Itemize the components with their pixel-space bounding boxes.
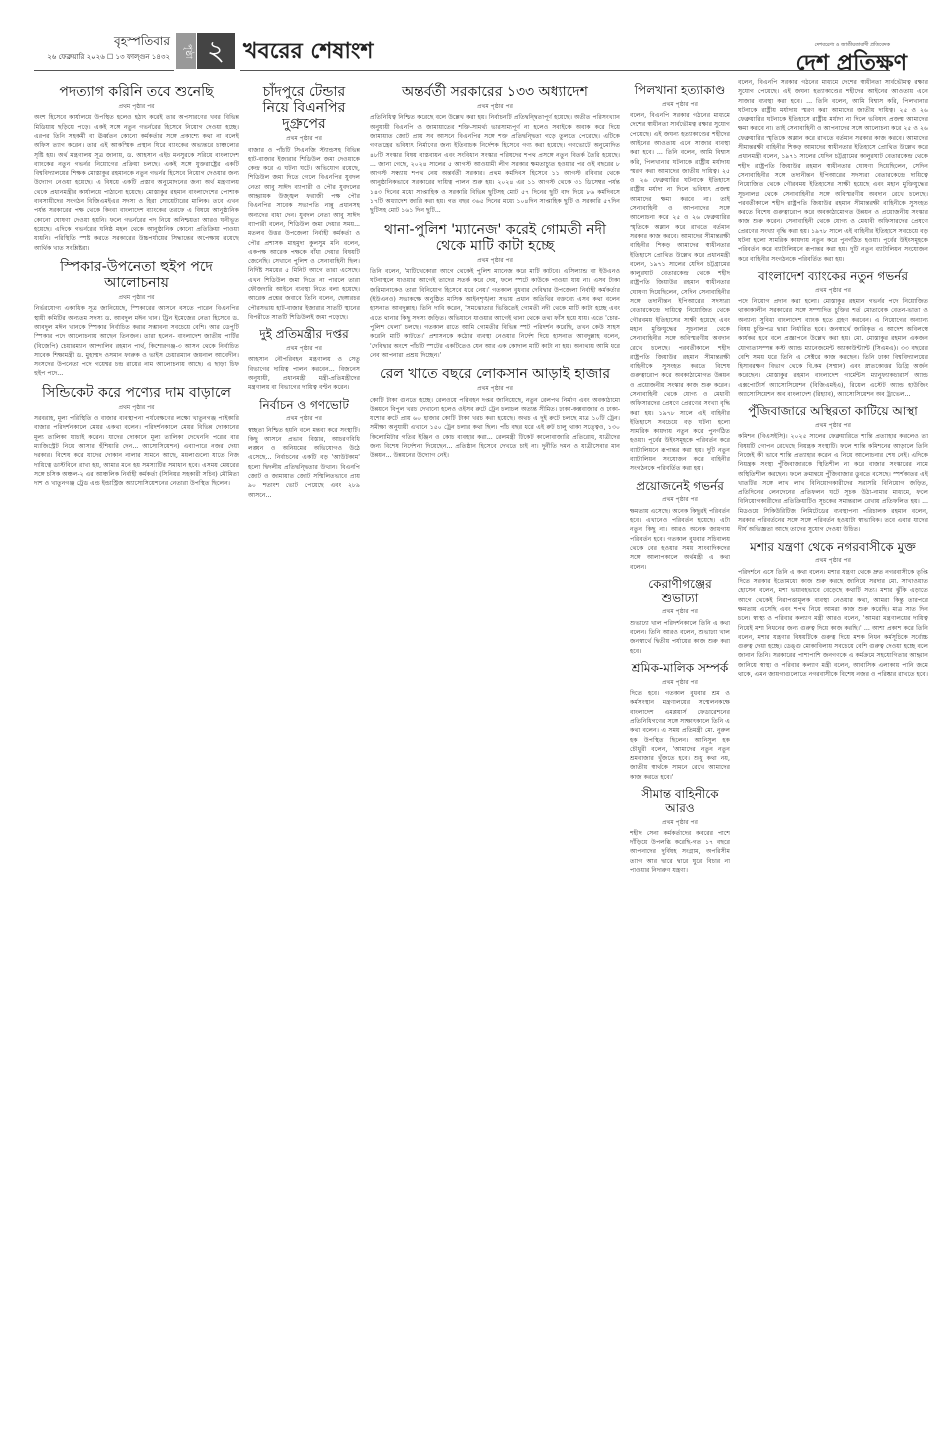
article-headline: রেল খাতে বছরে লোকসান আড়াই হাজার xyxy=(370,366,620,382)
column-2: চাঁদপুরে টেন্ডার নিয়ে বিএনপির দুগ্রুপের… xyxy=(248,78,360,1428)
column-1: পদত্যাগ করিনি তবে শুনেছি প্রথম পৃষ্ঠার প… xyxy=(34,78,239,1428)
article-body: প্রতিনিধিত্ব নিশ্চিত করেছে বলে উল্লেখ কর… xyxy=(370,113,620,215)
continuation-label: প্রথম পৃষ্ঠার পর xyxy=(630,607,730,616)
divider xyxy=(34,70,174,71)
continuation-label: প্রথম পৃষ্ঠার পর xyxy=(248,414,360,423)
article-headline: পুঁজিবাজারে অস্থিরতা কাটিয়ে আস্থা xyxy=(738,405,928,419)
divider xyxy=(240,70,890,71)
article-body: শহীদ সেনা কর্মকর্তাদের কবরের পাশে দাঁড়ি… xyxy=(630,829,730,875)
continuation-label: প্রথম পৃষ্ঠার পর xyxy=(34,403,239,412)
article-headline: দুই প্রতিমন্ত্রীর দপ্তর xyxy=(248,328,360,342)
article-body: বাজার ও পাঁচটি সিএনজি স্ট্যান্ডসহ বিভিন্… xyxy=(248,146,360,323)
article-body: স্বচ্ছতা নিশ্চিত হয়নি বলে মন্তব্য করে স… xyxy=(248,426,360,500)
article-headline: প্রয়োজনেই গভর্নর xyxy=(630,480,730,494)
date-label: ২৬ ফেব্রুয়ারি ২০২৬ ☐ ১৩ ফাল্গুন ১৪৩২ xyxy=(47,51,170,63)
continuation-label: প্রথম পৃষ্ঠার পর xyxy=(248,344,360,353)
article-body: সরবরাহ, মূল্য পরিস্থিতি ও বাজার ব্যবস্থা… xyxy=(34,414,239,488)
masthead: বৃহস্পতিবার ২৬ ফেব্রুয়ারি ২০২৬ ☐ ১৩ ফাল… xyxy=(0,0,945,72)
article-body: ক্ষমতায় এসেছে। অনেক কিছুরই পরিবর্তন হবে… xyxy=(630,507,730,572)
article-body: পদে নিয়োগ প্রদান করা হলো। মোস্তাকুর রহম… xyxy=(738,297,928,399)
page-number: ২ xyxy=(197,33,235,69)
article-headline: নির্বাচন ও গণভোট xyxy=(248,399,360,413)
article-body: কমিশন (বিএসইসি)। ২০২৫ সালের ফেব্রুয়ারিত… xyxy=(738,432,928,534)
continuation-label: প্রথম পৃষ্ঠার পর xyxy=(370,102,620,111)
article-headline: বাংলাদেশ ব্যাংকের নতুন গভর্নর xyxy=(738,270,928,284)
column-3: অন্তর্বর্তী সরকারের ১৩৩ অধ্যাদেশ প্রথম প… xyxy=(370,78,620,1428)
article-body: কোটি টাকা গুনতে হচ্ছে। রেলওয়ে পরিবহন দপ… xyxy=(370,396,620,461)
article-headline: চাঁদপুরে টেন্ডার নিয়ে বিএনপির দুগ্রুপের xyxy=(248,84,360,132)
article-headline: পদত্যাগ করিনি তবে শুনেছি xyxy=(34,84,239,100)
article-headline: পিলখানা হত্যাকাণ্ড xyxy=(630,84,730,98)
article-body: বলেন, বিএনপি সরকার গঠনের মাধ্যমে দেশের স… xyxy=(738,78,928,264)
article-headline: অন্তর্বর্তী সরকারের ১৩৩ অধ্যাদেশ xyxy=(370,84,620,100)
continuation-label: প্রথম পৃষ্ঠার পর xyxy=(248,134,360,143)
continuation-label: প্রথম পৃষ্ঠার পর xyxy=(630,678,730,687)
continuation-label: প্রথম পৃষ্ঠার পর xyxy=(630,100,730,109)
continuation-label: প্রথম পৃষ্ঠার পর xyxy=(738,286,928,295)
continuation-label: প্রথম পৃষ্ঠার পর xyxy=(630,495,730,504)
article-headline: সিন্ডিকেট করে পণ্যের দাম বাড়ালে xyxy=(34,385,239,401)
continuation-label: প্রথম পৃষ্ঠার পর xyxy=(370,384,620,393)
article-body: বলেন, বিএনপি সরকার গঠনের মাধ্যমে দেশের স… xyxy=(630,111,730,474)
column-5: বলেন, বিএনপি সরকার গঠনের মাধ্যমে দেশের স… xyxy=(738,78,928,1428)
continuation-label: প্রথম পৃষ্ঠার পর xyxy=(738,421,928,430)
article-body: দিতে হবে। গতকাল বুধবার শ্রম ও কর্মসংস্থা… xyxy=(630,689,730,782)
continuation-label: প্রথম পৃষ্ঠার পর xyxy=(34,102,239,111)
article-body: তিনি বলেন, 'মাটিখেকোরা আগে থেকেই পুলিশ ম… xyxy=(370,267,620,360)
section-title: খবরের শেষাংশ xyxy=(243,34,373,71)
article-headline: স্পিকার-উপনেতা হুইপ পদে আলোচনায় xyxy=(34,259,239,291)
continuation-label: প্রথম পৃষ্ঠার পর xyxy=(630,818,730,827)
article-headline: শ্রমিক-মালিক সম্পর্ক xyxy=(630,662,730,676)
column-4: পিলখানা হত্যাকাণ্ড প্রথম পৃষ্ঠার পর বলেন… xyxy=(630,78,730,1428)
article-headline: কেরাণীগঞ্জের শুভাঢ্যা xyxy=(630,578,730,606)
continuation-label: প্রথম পৃষ্ঠার পর xyxy=(34,293,239,302)
article-body: নির্ভরযোগ্য একাধিক সূত্র জানিয়েছে, স্পি… xyxy=(34,304,239,378)
article-headline: থানা-পুলিশ 'ম্যানেজ' করেই গোমতী নদী থেকে… xyxy=(370,222,620,254)
continuation-label: প্রথম পৃষ্ঠার পর xyxy=(370,256,620,265)
article-body: আহসান নৌপরিবহন মন্ত্রণালয় ও সেতু বিভাগে… xyxy=(248,355,360,392)
continuation-label: প্রথম পৃষ্ঠার পর xyxy=(738,556,928,565)
page-label: পৃষ্ঠা xyxy=(176,33,196,69)
article-headline: মশার যন্ত্রণা থেকে নগরবাসীকে মুক্ত xyxy=(738,541,928,555)
article-body: শুভাঢ্যা খাল পরিদর্শনকালে তিনি এ কথা বলে… xyxy=(630,619,730,656)
article-body: অংশ হিসেবে কার্যালয়ে উপস্থিত হলেও হঠাৎ … xyxy=(34,113,239,252)
day-label: বৃহস্পতিবার xyxy=(114,33,170,53)
article-headline: সীমান্ত বাহিনীকে আরও xyxy=(630,788,730,816)
article-body: পরিদর্শনে এসে তিনি এ কথা বলেন। মশার যন্ত… xyxy=(738,568,928,680)
